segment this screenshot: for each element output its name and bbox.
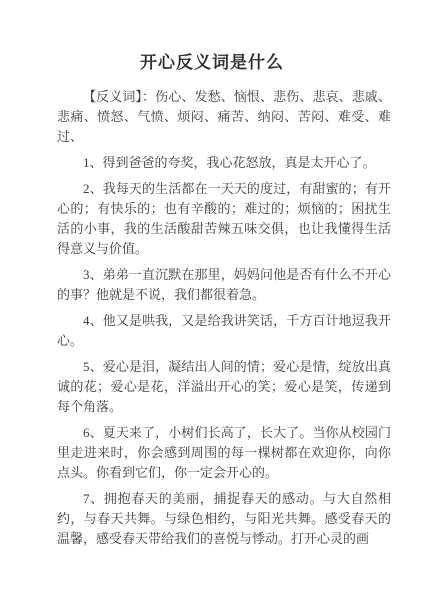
document-page-surface: 开心反义词是什么 【反义词】：伤心、发愁、恼恨、悲伤、悲哀、悲戚、悲痛、愤怒、气… <box>0 0 424 600</box>
paragraph-example-7: 7、拥抱春天的美丽，捕捉春天的感动。与大自然相约，与春天共舞。与绿色相约，与阳光… <box>57 489 391 549</box>
paragraph-example-3: 3、弟弟一直沉默在那里，妈妈问他是否有什么不开心的事？他就是不说，我们都很着急。 <box>57 265 391 305</box>
paragraph-example-4: 4、他又是哄我，又是给我讲笑话，千方百计地逗我开心。 <box>57 311 391 351</box>
paragraph-example-6: 6、夏天来了，小树们长高了，长大了。当你从校园门里走进来时，你会感到周围的每一棵… <box>57 423 391 483</box>
page-title: 开心反义词是什么 <box>0 52 424 74</box>
document-content: 【反义词】：伤心、发愁、恼恨、悲伤、悲哀、悲戚、悲痛、愤怒、气愤、烦闷、痛苦、纳… <box>57 87 391 549</box>
paragraph-example-2: 2、我每天的生活都在一天天的度过，有甜蜜的；有开心的；有快乐的；也有辛酸的；难过… <box>57 179 391 259</box>
document-page: { "page": { "title": "开心反义词是什么", "paragr… <box>0 0 424 600</box>
paragraph-example-1: 1、得到爸爸的夸奖，我心花怒放，真是太开心了。 <box>57 153 391 173</box>
paragraph-example-5: 5、爱心是泪，凝结出人间的情；爱心是情，绽放出真诚的花；爱心是花，洋溢出开心的笑… <box>57 357 391 417</box>
paragraph-antonym-list: 【反义词】：伤心、发愁、恼恨、悲伤、悲哀、悲戚、悲痛、愤怒、气愤、烦闷、痛苦、纳… <box>57 87 391 147</box>
